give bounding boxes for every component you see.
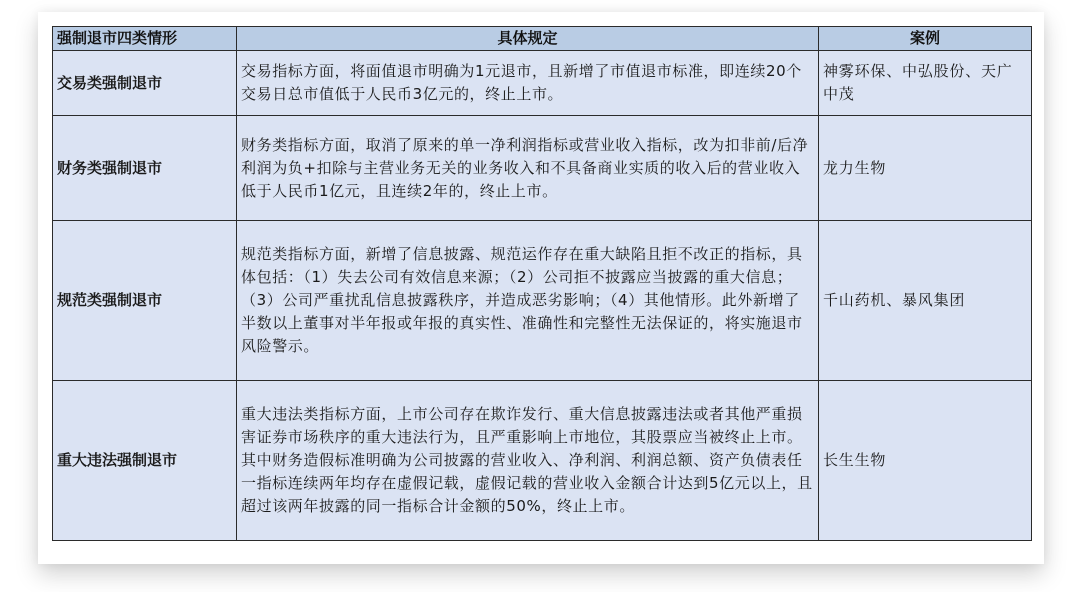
header-category: 强制退市四类情形 bbox=[53, 27, 237, 51]
row-cases: 神雾环保、中弘股份、天广中茂 bbox=[819, 51, 1032, 116]
table-row: 规范类强制退市 规范类指标方面，新增了信息披露、规范运作存在重大缺陷且拒不改正的… bbox=[53, 221, 1032, 381]
table-row: 重大违法强制退市 重大违法类指标方面，上市公司存在欺诈发行、重大信息披露违法或者… bbox=[53, 381, 1032, 541]
row-detail: 规范类指标方面，新增了信息披露、规范运作存在重大缺陷且拒不改正的指标，具体包括：… bbox=[237, 221, 819, 381]
row-detail: 交易指标方面，将面值退市明确为1元退市，且新增了市值退市标准，即连续20个交易日… bbox=[237, 51, 819, 116]
row-category: 交易类强制退市 bbox=[53, 51, 237, 116]
header-detail: 具体规定 bbox=[237, 27, 819, 51]
table-row: 交易类强制退市 交易指标方面，将面值退市明确为1元退市，且新增了市值退市标准，即… bbox=[53, 51, 1032, 116]
row-detail: 重大违法类指标方面，上市公司存在欺诈发行、重大信息披露违法或者其他严重损害证券市… bbox=[237, 381, 819, 541]
delisting-rules-table: 强制退市四类情形 具体规定 案例 交易类强制退市 交易指标方面，将面值退市明确为… bbox=[52, 26, 1032, 541]
row-detail: 财务类指标方面，取消了原来的单一净利润指标或营业收入指标，改为扣非前/后净利润为… bbox=[237, 116, 819, 221]
row-cases: 千山药机、暴风集团 bbox=[819, 221, 1032, 381]
row-cases: 龙力生物 bbox=[819, 116, 1032, 221]
table-card: 强制退市四类情形 具体规定 案例 交易类强制退市 交易指标方面，将面值退市明确为… bbox=[38, 12, 1044, 564]
row-category: 重大违法强制退市 bbox=[53, 381, 237, 541]
table-row: 财务类强制退市 财务类指标方面，取消了原来的单一净利润指标或营业收入指标，改为扣… bbox=[53, 116, 1032, 221]
row-category: 规范类强制退市 bbox=[53, 221, 237, 381]
header-cases: 案例 bbox=[819, 27, 1032, 51]
row-category: 财务类强制退市 bbox=[53, 116, 237, 221]
row-cases: 长生生物 bbox=[819, 381, 1032, 541]
header-row: 强制退市四类情形 具体规定 案例 bbox=[53, 27, 1032, 51]
